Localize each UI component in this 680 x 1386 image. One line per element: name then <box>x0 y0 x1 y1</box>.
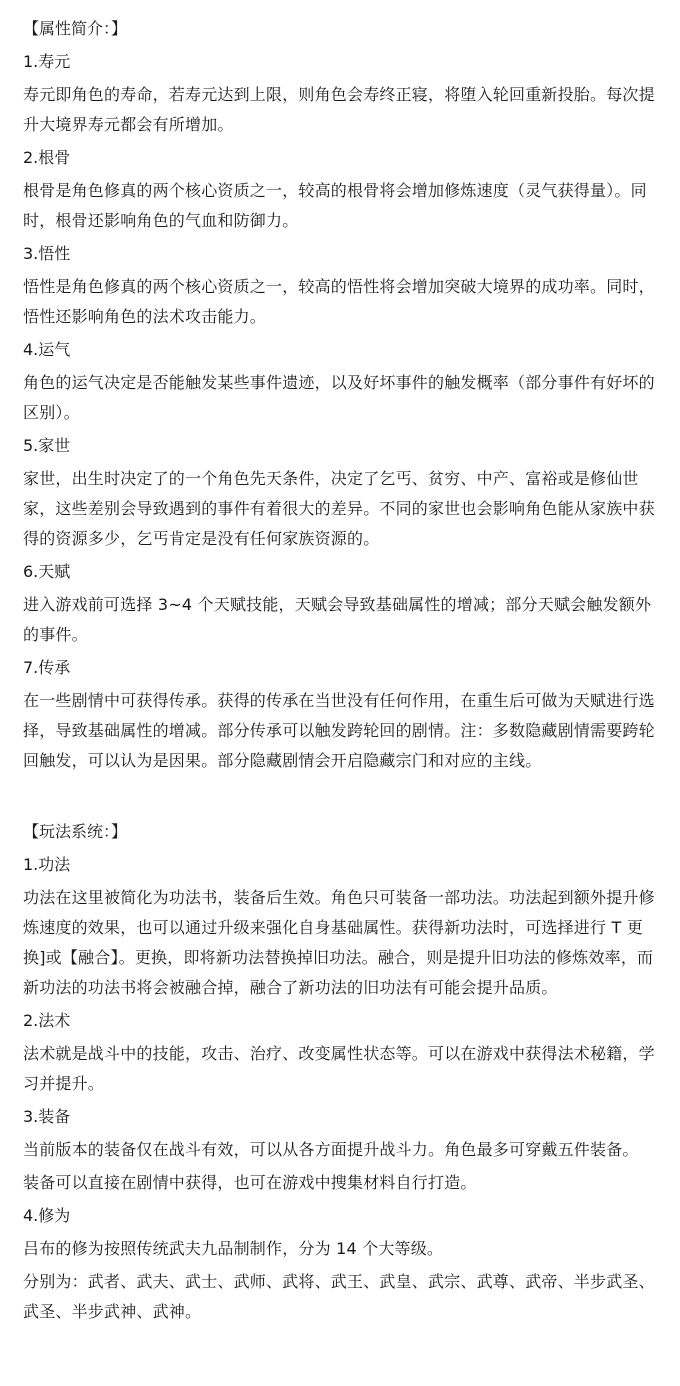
item-family: 5.家世 家世，出生时决定了的一个角色先天条件，决定了乞丐、贫穷、中产、富裕或是… <box>23 431 660 554</box>
item-spells: 2.法术 法术就是战斗中的技能，攻击、治疗、改变属性状态等。可以在游戏中获得法术… <box>23 1006 660 1099</box>
document: 【属性简介：】 1.寿元 寿元即角色的寿命，若寿元达到上限，则角色会寿终正寝，将… <box>0 0 680 1327</box>
section-title: 【玩法系统：】 <box>23 817 660 847</box>
item-paragraph: 当前版本的装备仅在战斗有效，可以从各方面提升战斗力。角色最多可穿戴五件装备。 <box>23 1135 660 1165</box>
item-paragraph: 进入游戏前可选择 3~4 个天赋技能，天赋会导致基础属性的增减；部分天赋会触发额… <box>23 590 660 650</box>
item-title: 4.修为 <box>23 1201 660 1231</box>
item-title: 1.寿元 <box>23 47 660 77</box>
item-title: 3.装备 <box>23 1102 660 1132</box>
item-talent: 6.天赋 进入游戏前可选择 3~4 个天赋技能，天赋会导致基础属性的增减；部分天… <box>23 557 660 650</box>
item-title: 3.悟性 <box>23 239 660 269</box>
item-paragraph: 分别为：武者、武夫、武士、武师、武将、武王、武皇、武宗、武尊、武帝、半步武圣、武… <box>23 1267 660 1327</box>
item-cultivation: 4.修为 吕布的修为按照传统武夫九品制制作，分为 14 个大等级。 分别为：武者… <box>23 1201 660 1327</box>
item-lifespan: 1.寿元 寿元即角色的寿命，若寿元达到上限，则角色会寿终正寝，将堕入轮回重新投胎… <box>23 47 660 140</box>
item-equipment: 3.装备 当前版本的装备仅在战斗有效，可以从各方面提升战斗力。角色最多可穿戴五件… <box>23 1102 660 1198</box>
item-paragraph: 寿元即角色的寿命，若寿元达到上限，则角色会寿终正寝，将堕入轮回重新投胎。每次提升… <box>23 80 660 140</box>
item-paragraph: 家世，出生时决定了的一个角色先天条件，决定了乞丐、贫穷、中产、富裕或是修仙世家，… <box>23 464 660 554</box>
item-paragraph: 功法在这里被简化为功法书，装备后生效。角色只可装备一部功法。功法起到额外提升修炼… <box>23 883 660 1003</box>
item-title: 1.功法 <box>23 850 660 880</box>
section-spacer <box>23 779 660 817</box>
item-bone: 2.根骨 根骨是角色修真的两个核心资质之一，较高的根骨将会增加修炼速度（灵气获得… <box>23 143 660 236</box>
section-attributes: 【属性简介：】 1.寿元 寿元即角色的寿命，若寿元达到上限，则角色会寿终正寝，将… <box>23 14 660 776</box>
item-title: 5.家世 <box>23 431 660 461</box>
item-paragraph: 吕布的修为按照传统武夫九品制制作，分为 14 个大等级。 <box>23 1234 660 1264</box>
item-title: 7.传承 <box>23 653 660 683</box>
item-title: 2.法术 <box>23 1006 660 1036</box>
item-paragraph: 根骨是角色修真的两个核心资质之一，较高的根骨将会增加修炼速度（灵气获得量）。同时… <box>23 176 660 236</box>
item-comprehension: 3.悟性 悟性是角色修真的两个核心资质之一，较高的悟性将会增加突破大境界的成功率… <box>23 239 660 332</box>
item-title: 2.根骨 <box>23 143 660 173</box>
item-paragraph: 装备可以直接在剧情中获得，也可在游戏中搜集材料自行打造。 <box>23 1168 660 1198</box>
item-paragraph: 角色的运气决定是否能触发某些事件遗迹，以及好坏事件的触发概率（部分事件有好坏的区… <box>23 368 660 428</box>
item-luck: 4.运气 角色的运气决定是否能触发某些事件遗迹，以及好坏事件的触发概率（部分事件… <box>23 335 660 428</box>
item-paragraph: 法术就是战斗中的技能，攻击、治疗、改变属性状态等。可以在游戏中获得法术秘籍，学习… <box>23 1039 660 1099</box>
section-title: 【属性简介：】 <box>23 14 660 44</box>
item-title: 6.天赋 <box>23 557 660 587</box>
item-inheritance: 7.传承 在一些剧情中可获得传承。获得的传承在当世没有任何作用，在重生后可做为天… <box>23 653 660 776</box>
item-technique: 1.功法 功法在这里被简化为功法书，装备后生效。角色只可装备一部功法。功法起到额… <box>23 850 660 1003</box>
item-title: 4.运气 <box>23 335 660 365</box>
item-paragraph: 悟性是角色修真的两个核心资质之一，较高的悟性将会增加突破大境界的成功率。同时，悟… <box>23 272 660 332</box>
item-paragraph: 在一些剧情中可获得传承。获得的传承在当世没有任何作用，在重生后可做为天赋进行选择… <box>23 686 660 776</box>
section-gameplay: 【玩法系统：】 1.功法 功法在这里被简化为功法书，装备后生效。角色只可装备一部… <box>23 817 660 1327</box>
